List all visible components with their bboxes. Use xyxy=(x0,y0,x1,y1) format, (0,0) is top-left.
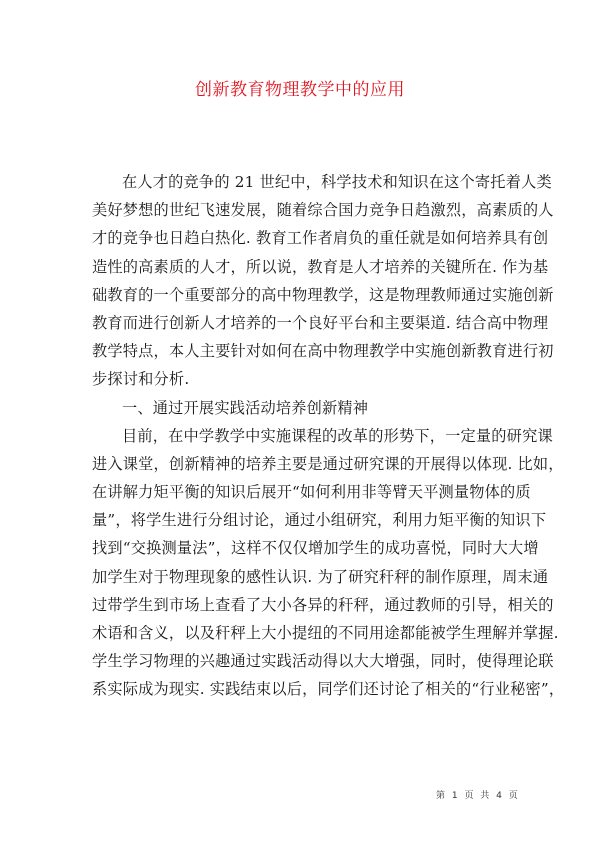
text-line: 教育而进行创新人才培养的一个良好平台和主要渠道. 结合高中物理 xyxy=(92,309,512,337)
text-line: 在人才的竞争的 21 世纪中，科学技术和知识在这个寄托着人类 xyxy=(92,168,512,196)
text-line: 学生学习物理的兴趣通过实践活动得以大大增强，同时，使得理论联 xyxy=(92,647,512,675)
text-line: 过带学生到市场上查看了大小各异的秆秤，通过教师的引导，相关的 xyxy=(92,591,512,619)
document-title: 创新教育物理教学中的应用 xyxy=(0,75,600,100)
text-line: 找到“交换测量法”，这样不仅仅增加学生的成功喜悦，同时大大增 xyxy=(92,534,512,562)
text-line: 美好梦想的世纪飞速发展，随着综合国力竞争日趋激烈，高素质的人 xyxy=(92,196,512,224)
text-line: 在讲解力矩平衡的知识后展开“如何利用非等臂天平测量物体的质 xyxy=(92,478,512,506)
text-line: 础教育的一个重要部分的高中物理教学，这是物理教师通过实施创新 xyxy=(92,281,512,309)
text-line: 才的竞争也日趋白热化. 教育工作者肩负的重任就是如何培养具有创 xyxy=(92,224,512,252)
text-line: 一、通过开展实践活动培养创新精神 xyxy=(92,394,512,422)
document-body: 在人才的竞争的 21 世纪中，科学技术和知识在这个寄托着人类美好梦想的世纪飞速发… xyxy=(92,168,512,704)
text-line: 造性的高素质的人才，所以说，教育是人才培养的关键所在. 作为基 xyxy=(92,253,512,281)
text-line: 目前，在中学教学中实施课程的改革的形势下，一定量的研究课 xyxy=(92,422,512,450)
text-line: 量”，将学生进行分组讨论，通过小组研究，利用力矩平衡的知识下 xyxy=(92,506,512,534)
text-line: 进入课堂，创新精神的培养主要是通过研究课的开展得以体现. 比如， xyxy=(92,450,512,478)
page-number: 第 1 页 共 4 页 xyxy=(436,788,520,801)
document-page: 创新教育物理教学中的应用 在人才的竞争的 21 世纪中，科学技术和知识在这个寄托… xyxy=(0,0,600,848)
text-line: 术语和含义，以及秆秤上大小提纽的不同用途都能被学生理解并掌握. xyxy=(92,619,512,647)
text-line: 教学特点，本人主要针对如何在高中物理教学中实施创新教育进行初 xyxy=(92,337,512,365)
text-line: 步探讨和分析. xyxy=(92,365,512,393)
text-line: 加学生对于物理现象的感性认识. 为了研究秆秤的制作原理，周末通 xyxy=(92,563,512,591)
text-line: 系实际成为现实. 实践结束以后，同学们还讨论了相关的“行业秘密”， xyxy=(92,675,512,703)
